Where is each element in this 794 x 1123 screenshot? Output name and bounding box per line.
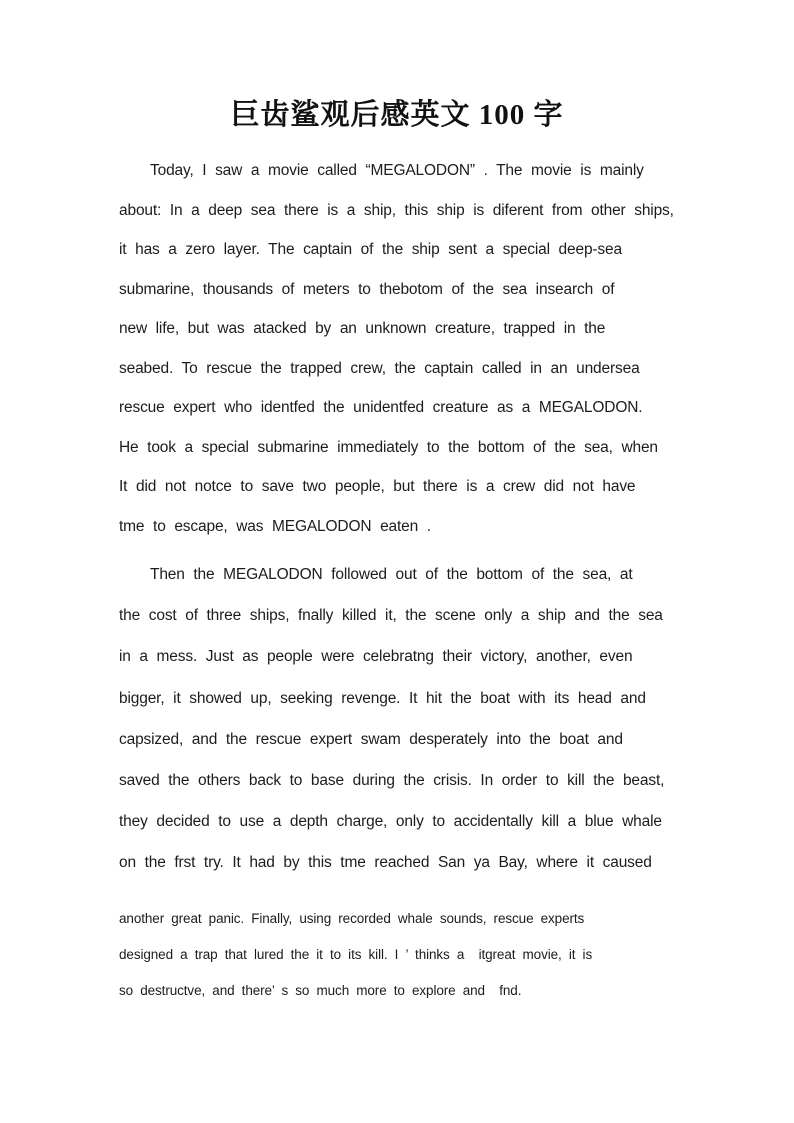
text-line: the cost of three ships, fnally killed i…	[119, 595, 751, 636]
text-line: they decided to use a depth charge, only…	[119, 801, 751, 842]
text-line: about: In a deep sea there is a ship, th…	[119, 191, 751, 231]
text-line: saved the others back to base during the…	[119, 760, 751, 801]
text-line: it has a zero layer. The captain of the …	[119, 230, 751, 270]
text-line: He took a special submarine immediately …	[119, 428, 751, 468]
text-line: so destructve, and there’ s so much more…	[119, 973, 751, 1009]
text-line: Then the MEGALODON followed out of the b…	[119, 554, 751, 595]
text-line: on the frst try. It had by this tme reac…	[119, 842, 751, 883]
text-line: Today, I saw a movie called “MEGALODON” …	[119, 151, 751, 191]
text-line: tme to escape, was MEGALODON eaten .	[119, 507, 751, 547]
text-line: seabed. To rescue the trapped crew, the …	[119, 349, 751, 389]
text-line: bigger, it showed up, seeking revenge. I…	[119, 678, 751, 719]
document-body: Today, I saw a movie called “MEGALODON” …	[119, 151, 751, 1010]
paragraph-1: Today, I saw a movie called “MEGALODON” …	[119, 151, 751, 546]
text-line: It did not notce to save two people, but…	[119, 467, 751, 507]
text-line: designed a trap that lured the it to its…	[119, 937, 751, 973]
paragraph-2: Then the MEGALODON followed out of the b…	[119, 554, 751, 884]
paragraph-2-continued-small: another great panic. Finally, using reco…	[119, 901, 751, 1010]
text-line: capsized, and the rescue expert swam des…	[119, 719, 751, 760]
text-line: new life, but was atacked by an unknown …	[119, 309, 751, 349]
text-line: another great panic. Finally, using reco…	[119, 901, 751, 937]
text-line: submarine, thousands of meters to thebot…	[119, 270, 751, 310]
text-line: rescue expert who identfed the unidentfe…	[119, 388, 751, 428]
text-line: in a mess. Just as people were celebratn…	[119, 636, 751, 677]
document-title: 巨齿鲨观后感英文 100 字	[0, 97, 794, 133]
document-page: 巨齿鲨观后感英文 100 字 Today, I saw a movie call…	[0, 0, 794, 1123]
